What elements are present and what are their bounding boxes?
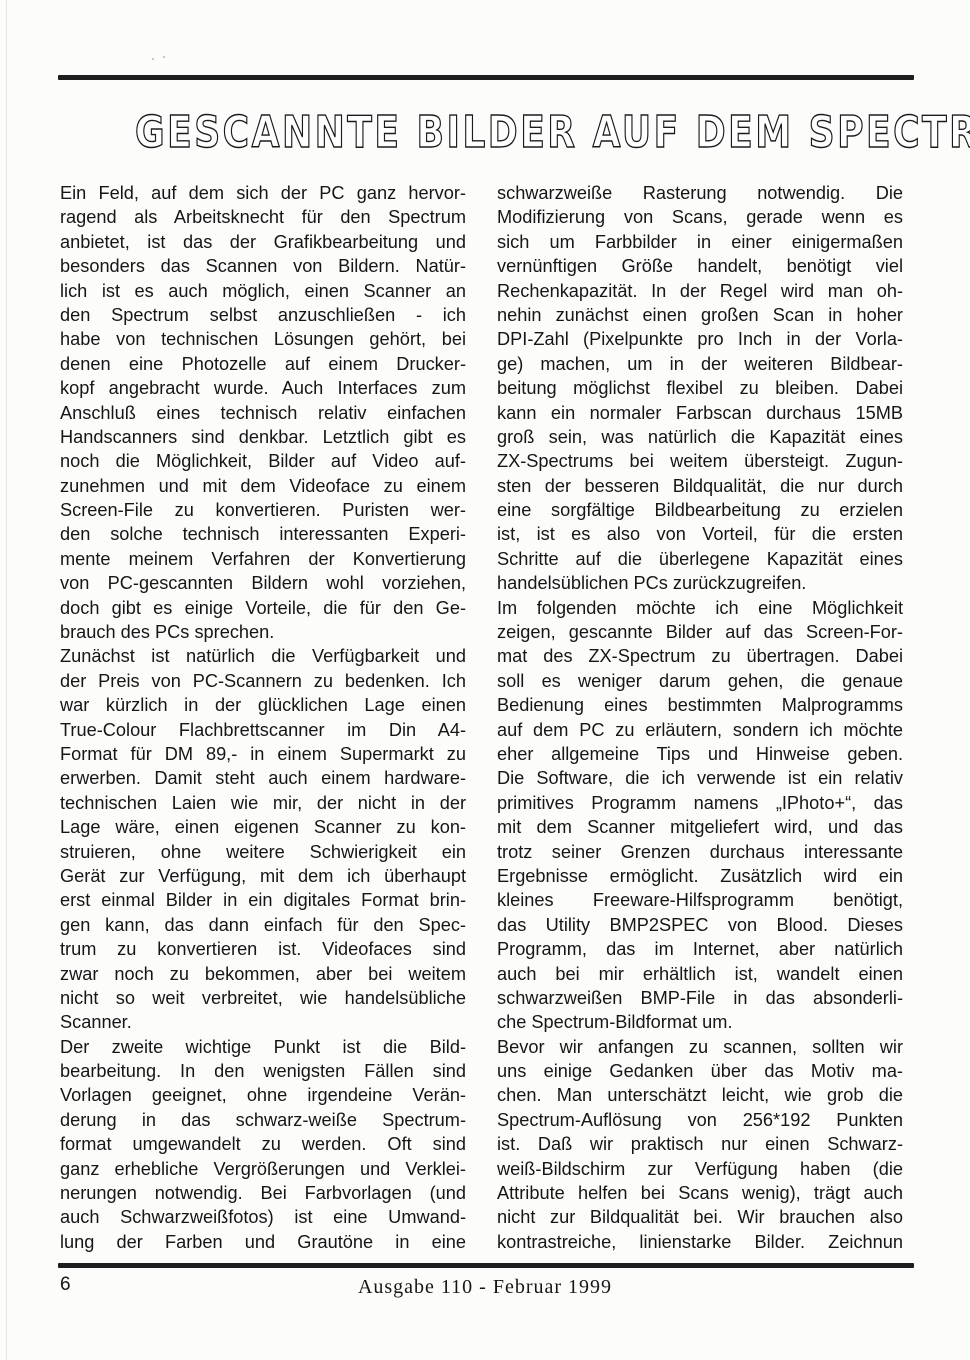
text-line: kleines Freeware-Hilfsprogramm benötigt, xyxy=(497,888,903,912)
text-line: der Preis von PC-Scannern zu bedenken. I… xyxy=(60,669,466,693)
text-column-right: schwarzweiße Rasterung notwendig. DieMod… xyxy=(497,181,903,1254)
text-line: struieren, ohne weitere Schwierigkeit ei… xyxy=(60,840,466,864)
text-line: Ein Feld, auf dem sich der PC ganz hervo… xyxy=(60,181,466,205)
text-line: DPI-Zahl (Pixelpunkte pro Inch in der Vo… xyxy=(497,327,903,351)
text-line: beitung möglichst flexibel zu bleiben. D… xyxy=(497,376,903,400)
text-line: schwarzweißen BMP-File in das absonderli… xyxy=(497,986,903,1010)
text-line: Programm, das im Internet, aber natürlic… xyxy=(497,937,903,961)
text-line: Lage wäre, einen eigenen Scanner zu kon- xyxy=(60,815,466,839)
scan-edge xyxy=(6,0,7,1360)
text-line: Rechenkapazität. In der Regel wird man o… xyxy=(497,279,903,303)
text-line: lich ist es auch möglich, einen Scanner … xyxy=(60,279,466,303)
scan-speck xyxy=(152,58,154,60)
text-line: Schritte auf die überlegene Kapazität ei… xyxy=(497,547,903,571)
text-line: war kürzlich in der glücklichen Lage ein… xyxy=(60,693,466,717)
text-line: sich um Farbbilder in einer einigermaßen xyxy=(497,230,903,254)
text-line: anbietet, ist das der Grafikbearbeitung … xyxy=(60,230,466,254)
text-line: Die Software, die ich verwende ist ein r… xyxy=(497,766,903,790)
top-rule xyxy=(58,75,914,80)
text-line: gen kann, das dann einfach für den Spec- xyxy=(60,913,466,937)
text-line: Zunächst ist natürlich die Verfügbarkeit… xyxy=(60,644,466,668)
text-column-left: Ein Feld, auf dem sich der PC ganz hervo… xyxy=(60,181,466,1254)
text-line: ge) machen, um in der weiteren Bildbear- xyxy=(497,352,903,376)
text-line: Im folgenden möchte ich eine Möglichkeit xyxy=(497,596,903,620)
text-line: von PC-gescannten Bildern wohl vorziehen… xyxy=(60,571,466,595)
text-line: den Spectrum selbst anzuschließen - ich xyxy=(60,303,466,327)
text-line: nicht zur Bildqualität bei. Wir brauchen… xyxy=(497,1205,903,1229)
text-line: lung der Farben und Grautöne in eine xyxy=(60,1230,466,1254)
bottom-rule xyxy=(58,1263,914,1268)
text-line: sten der besseren Bildqualität, die nur … xyxy=(497,474,903,498)
text-line: groß sein, was natürlich die Kapazität e… xyxy=(497,425,903,449)
text-line: derung in das schwarz-weiße Spectrum- xyxy=(60,1108,466,1132)
text-line: besonders das Scannen von Bildern. Natür… xyxy=(60,254,466,278)
text-line: eher allgemeine Tips und Hinweise geben. xyxy=(497,742,903,766)
text-line: Spectrum-Auflösung von 256*192 Punkten xyxy=(497,1108,903,1132)
text-line: handelsüblichen PCs zurückzugreifen. xyxy=(497,571,903,595)
text-line: zeigen, gescannte Bilder auf das Screen-… xyxy=(497,620,903,644)
text-line: ZX-Spectrums bei weitem übersteigt. Zugu… xyxy=(497,449,903,473)
text-line: nicht so weit verbreitet, wie handelsübl… xyxy=(60,986,466,1010)
text-line: kontrastreiche, linienstarke Bilder. Zei… xyxy=(497,1230,903,1254)
text-line: Format für DM 89,- in einem Supermarkt z… xyxy=(60,742,466,766)
text-line: technischen Laien wie mir, der nicht in … xyxy=(60,791,466,815)
text-line: che Spectrum-Bildformat um. xyxy=(497,1010,903,1034)
text-line: eine sorgfältige Bildbearbeitung zu erzi… xyxy=(497,498,903,522)
text-line: True-Colour Flachbrettscanner im Din A4- xyxy=(60,718,466,742)
text-line: zunehmen und mit dem Videoface zu einem xyxy=(60,474,466,498)
text-line: trum zu konvertieren ist. Videofaces sin… xyxy=(60,937,466,961)
text-line: Gerät zur Verfügung, mit dem ich überhau… xyxy=(60,864,466,888)
text-line: erwerben. Damit steht auch einem hardwar… xyxy=(60,766,466,790)
text-line: mente meinem Verfahren der Konvertierung xyxy=(60,547,466,571)
text-line: mat des ZX-Spectrum zu übertragen. Dabei xyxy=(497,644,903,668)
article-title: GESCANNTE BILDER AUF DEM SPECTRUM xyxy=(135,108,837,158)
text-line: ist, ist es also von Vorteil, für die er… xyxy=(497,522,903,546)
text-line: habe von technischen Lösungen gehört, be… xyxy=(60,327,466,351)
text-line: zwar noch zu bekommen, aber bei weitem xyxy=(60,962,466,986)
text-line: Bedienung eines bestimmten Malprogramms xyxy=(497,693,903,717)
text-line: auf dem PC zu erläutern, sondern ich möc… xyxy=(497,718,903,742)
text-line: Handscanners sind denkbar. Letztlich gib… xyxy=(60,425,466,449)
text-line: Vorlagen geeignet, ohne irgendeine Verän… xyxy=(60,1083,466,1107)
text-line: das Utility BMP2SPEC von Blood. Dieses xyxy=(497,913,903,937)
text-line: auch Schwarzweißfotos) ist eine Umwand- xyxy=(60,1205,466,1229)
text-line: ragend als Arbeitsknecht für den Spectru… xyxy=(60,205,466,229)
text-line: Ergebnisse ermöglicht. Zusätzlich wird e… xyxy=(497,864,903,888)
text-line: nehin zunächst einen großen Scan in hohe… xyxy=(497,303,903,327)
text-line: primitives Programm namens „IPhoto+“, da… xyxy=(497,791,903,815)
text-line: soll es weniger darum gehen, die genaue xyxy=(497,669,903,693)
text-line: Bevor wir anfangen zu scannen, sollten w… xyxy=(497,1035,903,1059)
text-line: ist. Daß wir praktisch nur einen Schwarz… xyxy=(497,1132,903,1156)
text-line: kann ein normaler Farbscan durchaus 15MB xyxy=(497,401,903,425)
text-line: format umgewandelt zu werden. Oft sind xyxy=(60,1132,466,1156)
text-line: Scanner. xyxy=(60,1010,466,1034)
text-line: uns einige Gedanken über das Motiv ma- xyxy=(497,1059,903,1083)
text-line: auch bei mir erhältlich ist, wandelt ein… xyxy=(497,962,903,986)
magazine-page: GESCANNTE BILDER AUF DEM SPECTRUM Ein Fe… xyxy=(0,0,970,1360)
text-line: noch die Möglichkeit, Bilder auf Video a… xyxy=(60,449,466,473)
text-line: brauch des PCs sprechen. xyxy=(60,620,466,644)
text-line: Anschluß eines technisch relativ einfach… xyxy=(60,401,466,425)
text-line: kopf angebracht wurde. Auch Interfaces z… xyxy=(60,376,466,400)
text-line: doch gibt es einige Vorteile, die für de… xyxy=(60,596,466,620)
text-line: Attribute helfen bei Scans wenig), trägt… xyxy=(497,1181,903,1205)
text-line: Der zweite wichtige Punkt ist die Bild- xyxy=(60,1035,466,1059)
text-line: nerungen notwendig. Bei Farbvorlagen (un… xyxy=(60,1181,466,1205)
text-line: ganz erhebliche Vergrößerungen und Verkl… xyxy=(60,1157,466,1181)
text-line: chen. Man unterschätzt leicht, wie grob … xyxy=(497,1083,903,1107)
text-line: Screen-File zu konvertieren. Puristen we… xyxy=(60,498,466,522)
text-line: bearbeitung. In den wenigsten Fällen sin… xyxy=(60,1059,466,1083)
scan-speck xyxy=(163,56,165,58)
text-line: schwarzweiße Rasterung notwendig. Die xyxy=(497,181,903,205)
text-line: trotz seiner Grenzen durchaus interessan… xyxy=(497,840,903,864)
text-line: erst einmal Bilder in ein digitales Form… xyxy=(60,888,466,912)
issue-date: Ausgabe 110 - Februar 1999 xyxy=(0,1274,970,1300)
text-line: weiß-Bildschirm zur Verfügung haben (die xyxy=(497,1157,903,1181)
text-line: den solche technisch interessanten Exper… xyxy=(60,522,466,546)
text-line: vernünftigen Größe handelt, benötigt vie… xyxy=(497,254,903,278)
text-line: Modifizierung von Scans, gerade wenn es xyxy=(497,205,903,229)
text-line: denen eine Photozelle auf einem Drucker- xyxy=(60,352,466,376)
text-line: mit dem Scanner mitgeliefert wird, und d… xyxy=(497,815,903,839)
